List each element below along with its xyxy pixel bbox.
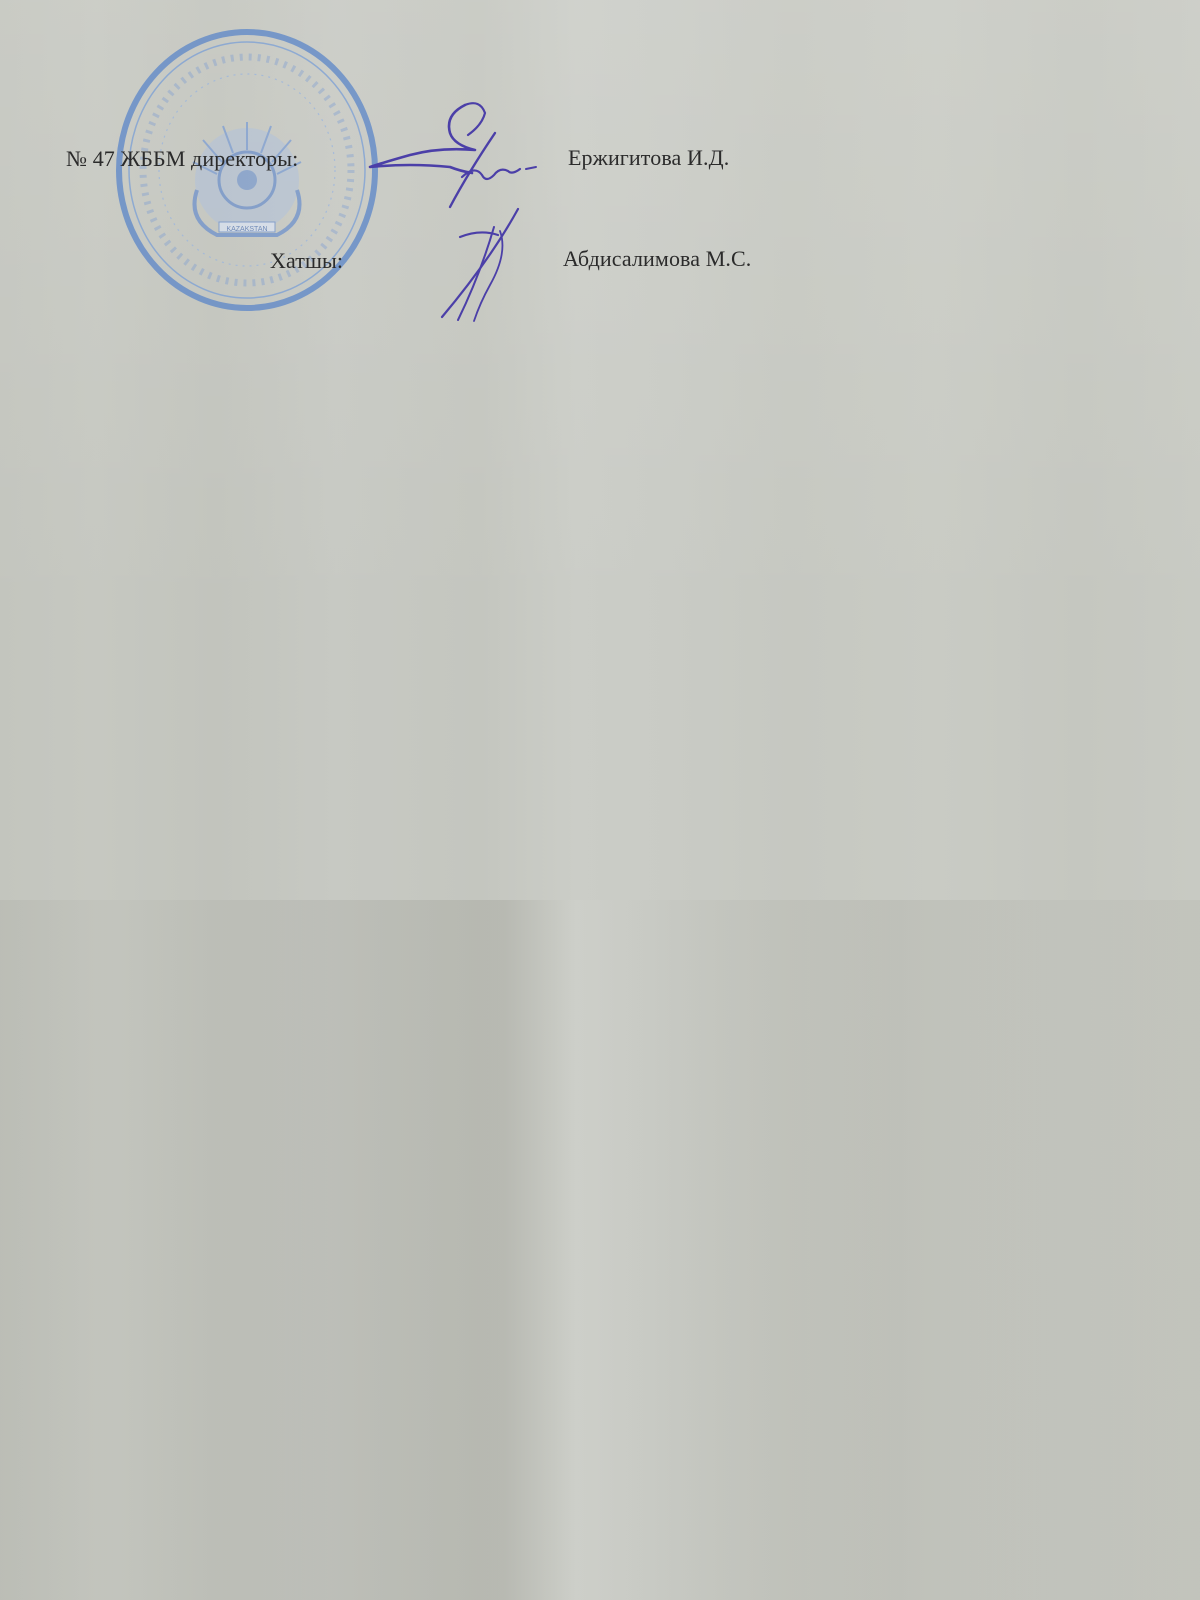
director-signature [350,95,550,215]
secretary-signature [430,205,530,325]
director-role-label: № 47 ЖББМ директоры: [66,146,298,172]
stamp-emblem-label: KAZAKSTAN [226,226,267,233]
director-name: Ержигитова И.Д. [568,145,729,171]
paper-shading [0,900,1200,1600]
secretary-role-label: Хатшы: [270,248,343,274]
kazakhstan-emblem-icon [193,122,301,235]
secretary-name: Абдисалимова М.С. [563,246,751,272]
